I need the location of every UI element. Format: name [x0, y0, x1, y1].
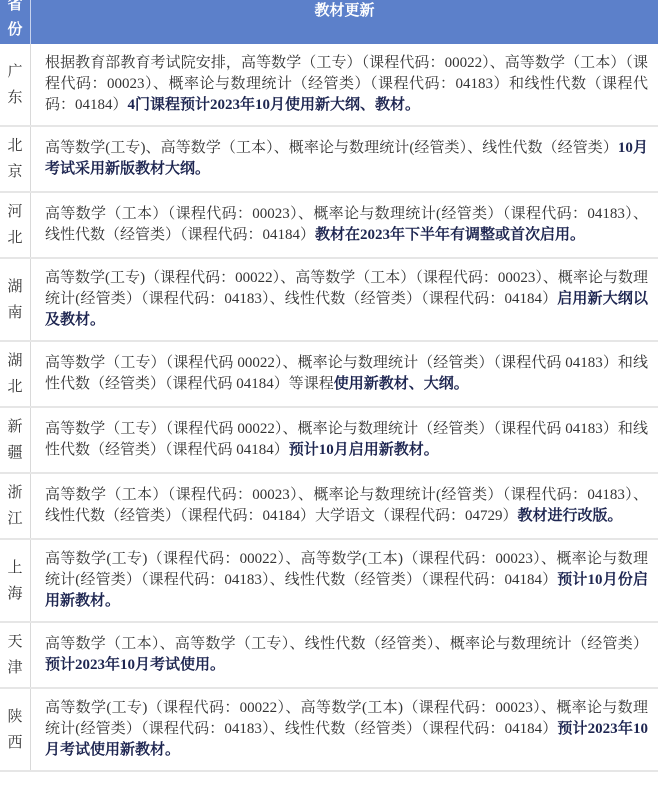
update-cell: 高等数学(工专)、高等数学（工本）、概率论与数理统计(经管类）、线性代数（经管类… [31, 126, 658, 192]
province-name: 广东 [7, 59, 23, 111]
update-highlight: 教材进行改版。 [518, 508, 623, 524]
header-cell-province: 省份 [0, 0, 31, 44]
update-text: 高等数学（工本）、高等数学（工专）、线性代数（经管类）、概率论与数理统计（经管类… [45, 636, 648, 652]
update-header-label: 教材更新 [31, 0, 658, 21]
table-row-hubei: 湖北 高等数学（工专）（课程代码 00022）、概率论与数理统计（经管类）（课程… [0, 341, 658, 407]
update-highlight: 预计10月启用新教材。 [289, 442, 439, 458]
update-cell: 高等数学(工专)（课程代码：00022）、高等数学(工本)（课程代码：00023… [31, 688, 658, 771]
update-cell: 高等数学（工专）（课程代码 00022）、概率论与数理统计（经管类）（课程代码 … [31, 341, 658, 407]
update-highlight: 预计2023年10月考试使用。 [45, 657, 225, 673]
province-cell: 天津 [0, 622, 31, 688]
province-name: 新疆 [7, 414, 23, 466]
update-highlight: 教材在2023年下半年有调整或首次启用。 [315, 227, 585, 243]
province-cell: 湖南 [0, 258, 31, 341]
table-header-row: 省份 教材更新 [0, 0, 658, 44]
update-cell: 高等数学（工本）（课程代码：00023）、概率论与数理统计(经管类）（课程代码：… [31, 473, 658, 539]
province-name: 陕西 [7, 704, 23, 756]
province-name: 浙江 [7, 480, 23, 532]
province-name: 湖北 [7, 348, 23, 400]
table-row-zhejiang: 浙江 高等数学（工本）（课程代码：00023）、概率论与数理统计(经管类）（课程… [0, 473, 658, 539]
update-cell: 根据教育部教育考试院安排，高等数学（工专）（课程代码：00022）、高等数学（工… [31, 44, 658, 126]
update-cell: 高等数学（工专）（课程代码 00022）、概率论与数理统计（经管类）（课程代码 … [31, 407, 658, 473]
province-cell: 广东 [0, 44, 31, 126]
province-name: 河北 [7, 199, 23, 251]
province-cell: 上海 [0, 539, 31, 622]
table-row-shaanxi: 陕西 高等数学(工专)（课程代码：00022）、高等数学(工本)（课程代码：00… [0, 688, 658, 771]
table-row-guangdong: 广东 根据教育部教育考试院安排，高等数学（工专）（课程代码：00022）、高等数… [0, 44, 658, 126]
province-name: 上海 [7, 555, 23, 607]
table-row-beijing: 北京 高等数学(工专)、高等数学（工本）、概率论与数理统计(经管类）、线性代数（… [0, 126, 658, 192]
update-highlight: 使用新教材、大纲。 [334, 376, 469, 392]
province-name: 北京 [7, 133, 23, 185]
update-cell: 高等数学(工专)（课程代码：00022）、高等数学(工本)（课程代码：00023… [31, 539, 658, 622]
textbook-update-table: 省份 教材更新 广东 根据教育部教育考试院安排，高等数学（工专）（课程代码：00… [0, 0, 658, 772]
province-cell: 河北 [0, 192, 31, 258]
province-cell: 北京 [0, 126, 31, 192]
province-name: 天津 [7, 629, 23, 681]
province-cell: 浙江 [0, 473, 31, 539]
update-cell: 高等数学（工本）（课程代码：00023）、概率论与数理统计(经管类）（课程代码：… [31, 192, 658, 258]
province-cell: 新疆 [0, 407, 31, 473]
update-highlight: 4门课程预计2023年10月使用新大纲、教材。 [128, 97, 421, 113]
table-row-hunan: 湖南 高等数学(工专)（课程代码：00022）、高等数学（工本）（课程代码：00… [0, 258, 658, 341]
province-cell: 湖北 [0, 341, 31, 407]
update-cell: 高等数学（工本）、高等数学（工专）、线性代数（经管类）、概率论与数理统计（经管类… [31, 622, 658, 688]
update-cell: 高等数学(工专)（课程代码：00022）、高等数学（工本）（课程代码：00023… [31, 258, 658, 341]
province-header-label: 省份 [7, 0, 23, 43]
textbook-update-table-view: 省份 教材更新 广东 根据教育部教育考试院安排，高等数学（工专）（课程代码：00… [0, 0, 658, 793]
table-row-shanghai: 上海 高等数学(工专)（课程代码：00022）、高等数学(工本)（课程代码：00… [0, 539, 658, 622]
province-cell: 陕西 [0, 688, 31, 771]
update-text: 高等数学(工专)、高等数学（工本）、概率论与数理统计(经管类）、线性代数（经管类… [45, 140, 618, 156]
table-row-xinjiang: 新疆 高等数学（工专）（课程代码 00022）、概率论与数理统计（经管类）（课程… [0, 407, 658, 473]
header-cell-update: 教材更新 [31, 0, 658, 44]
table-row-hebei: 河北 高等数学（工本）（课程代码：00023）、概率论与数理统计(经管类）（课程… [0, 192, 658, 258]
province-name: 湖南 [7, 274, 23, 326]
table-row-tianjin: 天津 高等数学（工本）、高等数学（工专）、线性代数（经管类）、概率论与数理统计（… [0, 622, 658, 688]
